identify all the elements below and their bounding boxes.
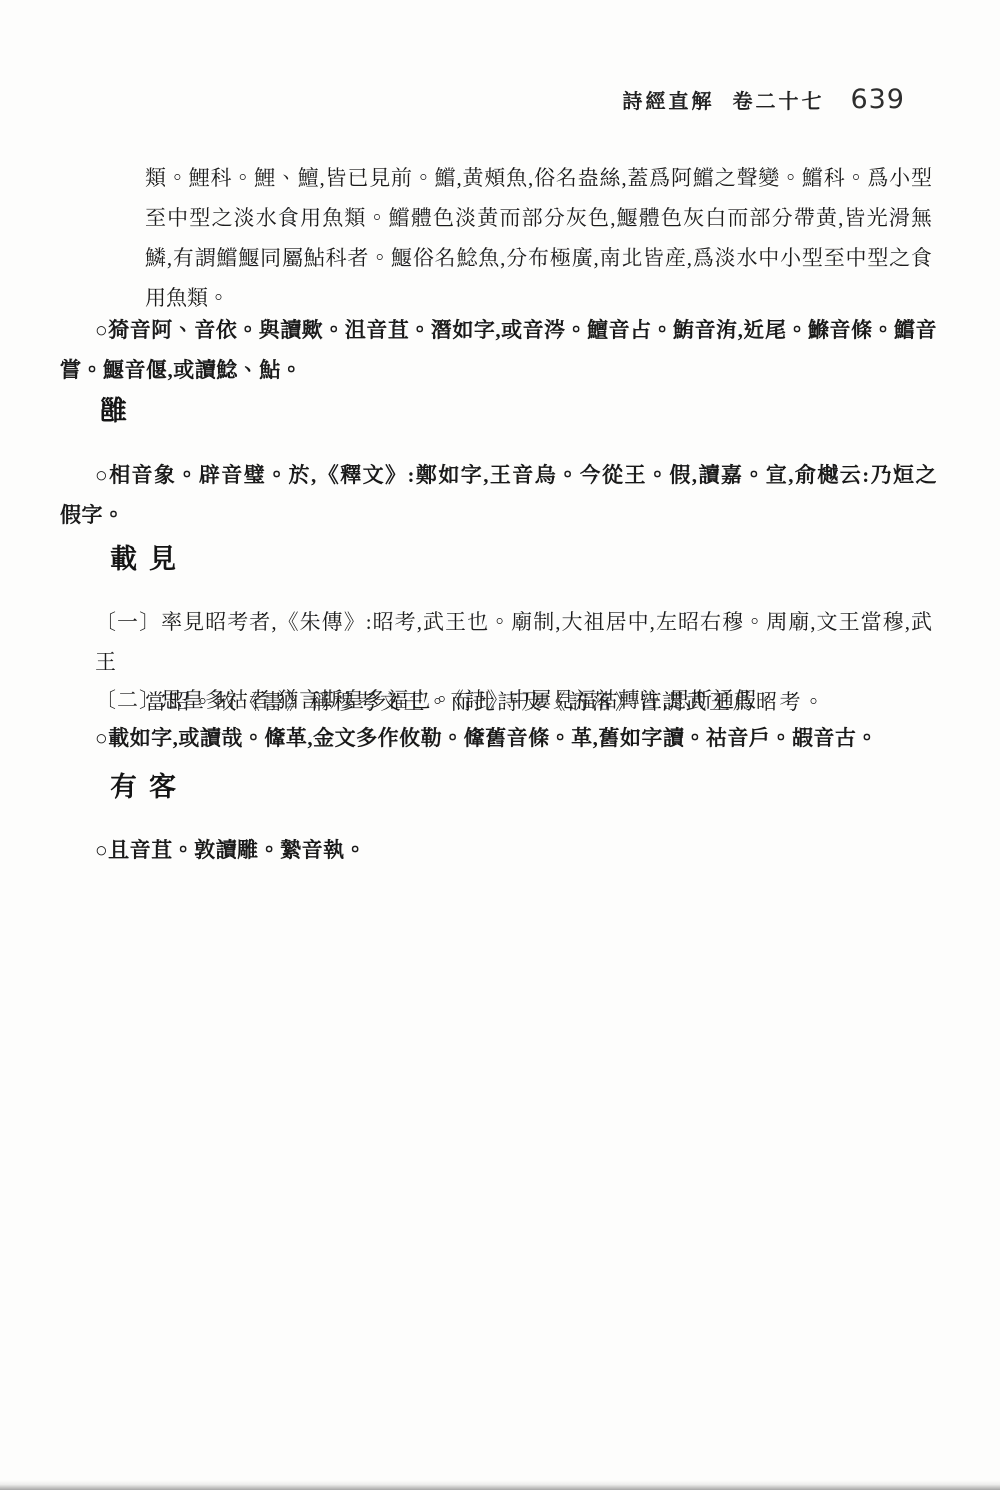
volume-label: 卷二十七: [732, 85, 824, 114]
commentary-line: 鱗,有謂鱨鰋同屬鮎科者。鰋俗名鯰魚,分布極廣,南北皆産,爲淡水中小型至中型之食: [145, 238, 932, 278]
zaijian-section-title-row: 載見: [0, 542, 1000, 576]
qian-commentary-paragraph: 類。鯉科。鯉、鱣,皆已見前。鱨,黄頰魚,俗名盎絲,蓋爲阿鱨之聲變。鱨科。爲小型 …: [0, 158, 1000, 318]
page-header: 詩經直解 卷二十七 639: [622, 84, 905, 115]
commentary-line: 類。鯉科。鯉、鱣,皆已見前。鱨,黄頰魚,俗名盎絲,蓋爲阿鱨之聲變。鱨科。爲小型: [145, 158, 932, 198]
scanned-book-page: 詩經直解 卷二十七 639 類。鯉科。鯉、鱣,皆已見前。鱨,黄頰魚,俗名盎絲,蓋…: [0, 0, 1000, 1490]
youke-section-title-row: 有客: [0, 770, 1000, 804]
section-title-yong: 雝: [100, 394, 1000, 428]
phonetic-note-line: ○猗音阿、音依。與讀歟。沮音苴。潛如字,或音涔。鱣音占。鮪音洧,近尾。鰷音條。鱨…: [95, 310, 937, 350]
zaijian-annotation-two: 〔二〕思皇多祜者,猶言斯皇多福也。《詩》中屢見福祜轉注,思斯通假。: [0, 680, 1000, 720]
phonetic-note-line: ○且音苴。敦讀雕。縶音執。: [95, 830, 1000, 870]
youke-phonetic-note: ○且音苴。敦讀雕。縶音執。: [0, 830, 1000, 870]
annotation-line: 〔二〕思皇多祜者,猶言斯皇多福也。《詩》中屢見福祜轉注,思斯通假。: [95, 680, 1000, 720]
annotation-line: 〔一〕率見昭考者,《朱傳》:昭考,武王也。廟制,大祖居中,左昭右穆。周廟,文王當…: [95, 602, 933, 682]
section-title-youke: 有客: [110, 770, 1000, 804]
yong-section-title-row: 雝: [0, 394, 1000, 428]
phonetic-note-line: ○相音象。辟音璧。於,《釋文》:鄭如字,王音烏。今從王。假,讀嘉。宣,俞樾云:乃…: [95, 455, 937, 495]
phonetic-note-line: ○載如字,或讀哉。鞗革,金文多作攸勒。鞗舊音條。革,舊如字讀。祜音户。嘏音古。: [95, 718, 1000, 758]
zaijian-phonetic-note: ○載如字,或讀哉。鞗革,金文多作攸勒。鞗舊音條。革,舊如字讀。祜音户。嘏音古。: [0, 718, 1000, 758]
qian-phonetic-note: ○猗音阿、音依。與讀歟。沮音苴。潛如字,或音涔。鱣音占。鮪音洧,近尾。鰷音條。鱨…: [0, 310, 1000, 390]
book-title: 詩經直解: [622, 85, 714, 114]
commentary-line: 至中型之淡水食用魚類。鱨體色淡黄而部分灰色,鰋體色灰白而部分帶黄,皆光滑無: [145, 198, 932, 238]
phonetic-note-line: 嘗。鰋音偃,或讀鯰、鮎。: [60, 350, 1000, 390]
page-number: 639: [850, 84, 905, 115]
yong-phonetic-note: ○相音象。辟音璧。於,《釋文》:鄭如字,王音烏。今從王。假,讀嘉。宣,俞樾云:乃…: [0, 455, 1000, 535]
scan-edge-shadow: [0, 1480, 1000, 1490]
section-title-zaijian: 載見: [110, 542, 1000, 576]
phonetic-note-line: 假字。: [60, 495, 1000, 535]
